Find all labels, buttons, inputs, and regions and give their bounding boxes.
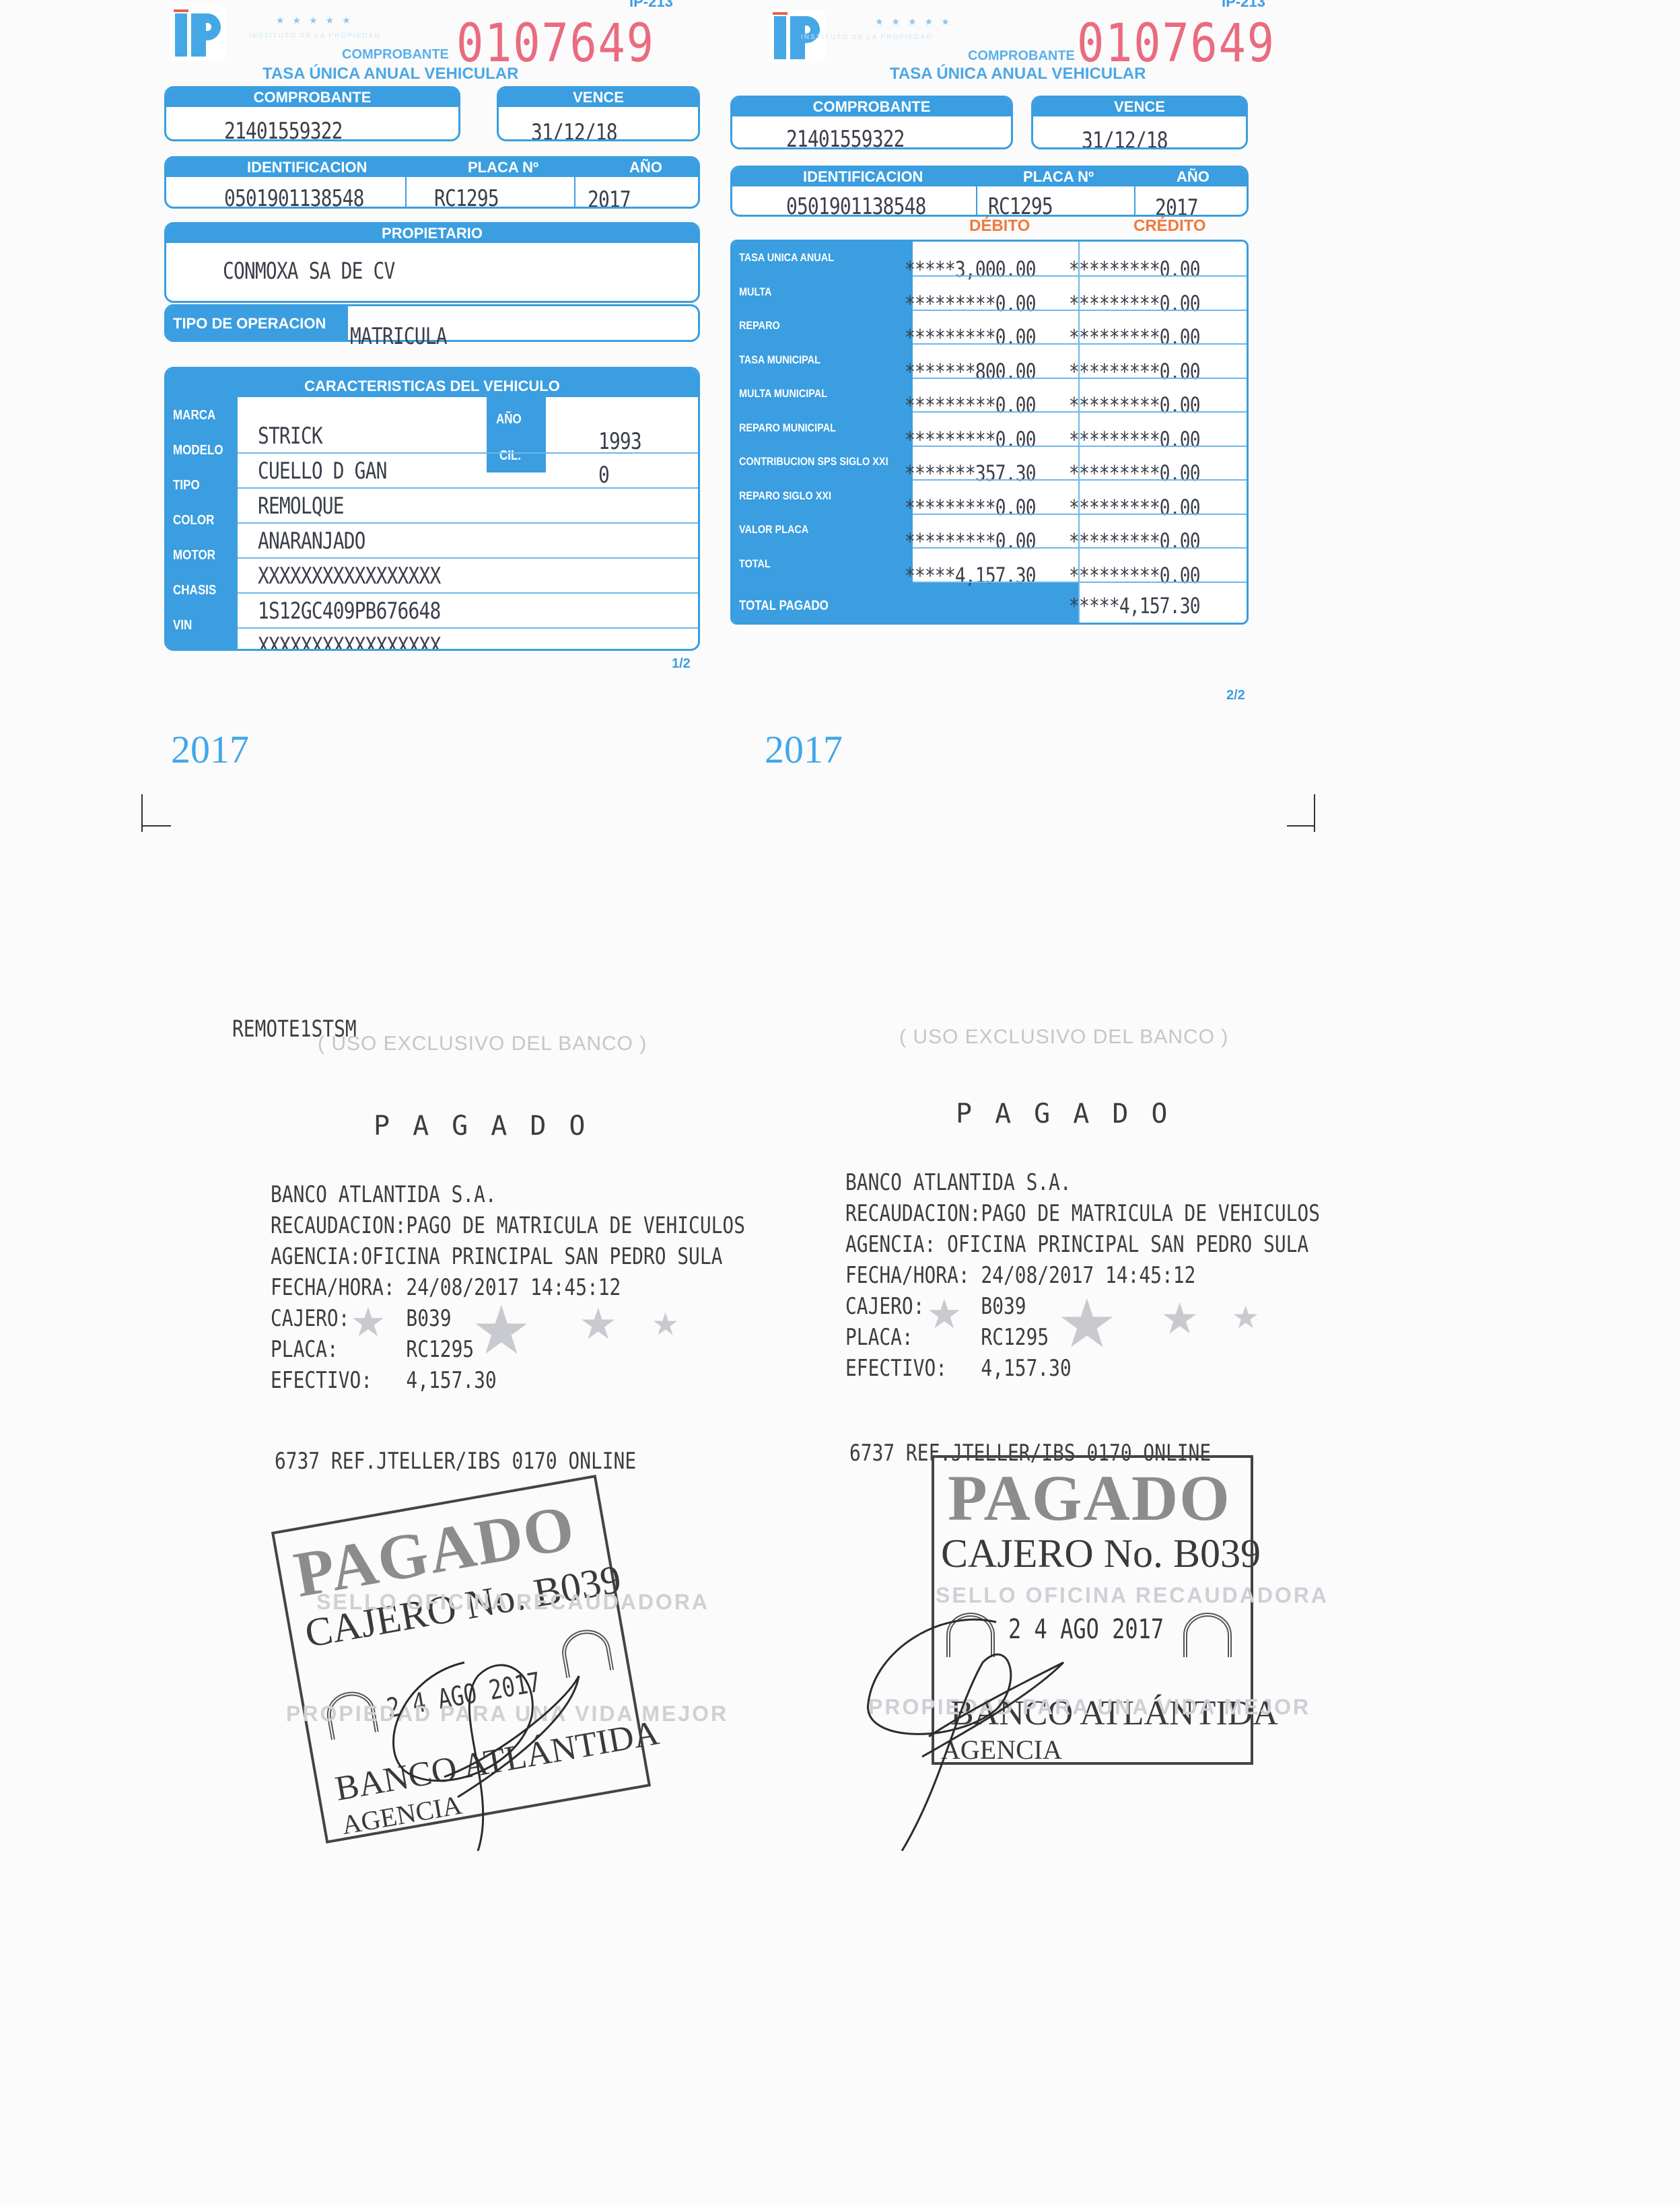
identificacion-value: 0501901138548 bbox=[224, 185, 364, 209]
caracteristicas-label: CARACTERISTICAS DEL VEHICULO bbox=[166, 369, 698, 397]
tipo-operacion-label: TIPO DE OPERACION bbox=[166, 306, 348, 340]
cil-value: 0 bbox=[598, 462, 609, 489]
vehicle-field-label: TIPO bbox=[173, 478, 200, 493]
institution-name: INSTITUTO DE LA PROPIEDAD bbox=[801, 34, 932, 41]
vehicle-field-value: XXXXXXXXXXXXXXXXX bbox=[258, 563, 440, 590]
vehicle-field-label: VIN bbox=[173, 618, 192, 633]
fee-row-label: MULTA bbox=[739, 285, 771, 299]
fee-row-debito: *********0.00 bbox=[905, 291, 1036, 316]
tipo-operacion-value: MATRICULA bbox=[350, 323, 447, 350]
fee-row-credito: *********0.00 bbox=[1069, 392, 1200, 418]
reference-line: 6737 REF.JTELLER/IBS 0170 ONLINE bbox=[275, 1446, 636, 1477]
fee-row-debito: *********0.00 bbox=[905, 427, 1036, 452]
vence-label: VENCE bbox=[499, 88, 698, 107]
bank-logo-icon bbox=[1183, 1613, 1232, 1657]
star-icon: ★ bbox=[1232, 1299, 1259, 1335]
propietario-value: CONMOXA SA DE CV bbox=[223, 258, 394, 285]
comprobante-label: COMPROBANTE bbox=[166, 88, 458, 107]
star-icon: ★ bbox=[1057, 1284, 1117, 1363]
fee-row-label: REPARO SIGLO XXI bbox=[739, 489, 831, 503]
crop-mark bbox=[141, 825, 171, 827]
fee-row-credito: *********0.00 bbox=[1069, 291, 1200, 316]
voucher-title: TASA ÚNICA ANUAL VEHICULAR bbox=[262, 65, 518, 83]
comprobante-value: 21401559322 bbox=[786, 126, 905, 149]
fee-row-label: TASA MUNICIPAL bbox=[739, 353, 820, 367]
anio-label: AÑO bbox=[629, 158, 662, 177]
placa-label: PLACA Nº bbox=[468, 158, 538, 177]
identificacion-header: IDENTIFICACION PLACA Nº AÑO bbox=[166, 158, 698, 177]
vehicle-field-value: CUELLO D GAN bbox=[258, 458, 387, 485]
uso-exclusivo-label: ( USO EXCLUSIVO DEL BANCO ) bbox=[899, 1026, 1228, 1049]
fee-row-debito: *****4,157.30 bbox=[905, 563, 1036, 588]
uso-exclusivo-label: ( USO EXCLUSIVO DEL BANCO ) bbox=[318, 1032, 647, 1055]
form-code: IP-213 bbox=[629, 0, 673, 11]
stamp-pagado: PAGADO bbox=[948, 1461, 1231, 1535]
page-indicator: 2/2 bbox=[1226, 688, 1245, 703]
identificacion-label: IDENTIFICACION bbox=[247, 158, 367, 177]
star-icon: ★ bbox=[350, 1299, 386, 1346]
identificacion-box: IDENTIFICACION PLACA Nº AÑO 050190113854… bbox=[164, 156, 700, 209]
identificacion-box: IDENTIFICACION PLACA Nº AÑO 050190113854… bbox=[730, 166, 1249, 217]
pagado-heading: PAGADO bbox=[956, 1098, 1191, 1129]
star-icon: ★ bbox=[471, 1291, 532, 1370]
voucher-title: TASA ÚNICA ANUAL VEHICULAR bbox=[890, 65, 1146, 83]
fee-row-label: CONTRIBUCION SPS SIGLO XXI bbox=[739, 455, 888, 468]
vence-box: VENCE 31/12/18 bbox=[497, 86, 700, 141]
total-pagado-value: *****4,157.30 bbox=[1069, 593, 1200, 619]
vehicle-field-value: XXXXXXXXXXXXXXXXX bbox=[258, 633, 440, 651]
comprobante-box: COMPROBANTE 21401559322 bbox=[164, 86, 460, 141]
fee-row-label: TOTAL bbox=[739, 557, 771, 571]
fee-row-debito: *********0.00 bbox=[905, 528, 1036, 554]
signature-icon bbox=[862, 1609, 1117, 1851]
vehicle-field-label: MOTOR bbox=[173, 548, 215, 563]
ip-logo-icon bbox=[170, 7, 226, 61]
identificacion-value: 0501901138548 bbox=[786, 193, 926, 217]
stars-icon: ★★★★★ bbox=[875, 16, 958, 28]
propietario-label: PROPIETARIO bbox=[166, 224, 698, 243]
fee-row-debito: *****3,000.00 bbox=[905, 256, 1036, 282]
cil-label: CIL. bbox=[499, 448, 521, 464]
vehicle-field-label: COLOR bbox=[173, 513, 214, 528]
identificacion-header: IDENTIFICACION PLACA Nº AÑO bbox=[732, 168, 1247, 186]
fee-row-credito: *********0.00 bbox=[1069, 528, 1200, 554]
propietario-box: PROPIETARIO CONMOXA SA DE CV bbox=[164, 222, 700, 303]
pagado-heading: PAGADO bbox=[374, 1111, 608, 1142]
identificacion-label: IDENTIFICACION bbox=[803, 168, 923, 186]
vehicle-field-value: STRICK bbox=[258, 423, 322, 450]
anio-value: 2017 bbox=[1155, 195, 1198, 217]
vehicle-field-value: 1S12GC409PB676648 bbox=[258, 598, 440, 625]
fee-row-credito: *********0.00 bbox=[1069, 495, 1200, 520]
fee-row-credito: *********0.00 bbox=[1069, 256, 1200, 282]
sello-ghost: SELLO OFICINA RECAUDADORA bbox=[936, 1583, 1329, 1608]
comprobante-value: 21401559322 bbox=[224, 118, 343, 141]
year-watermark: 2017 bbox=[171, 727, 249, 772]
vence-value: 31/12/18 bbox=[531, 119, 617, 141]
placa-value: RC1295 bbox=[988, 193, 1053, 217]
crop-mark bbox=[1287, 825, 1315, 827]
signature-icon bbox=[363, 1636, 646, 1851]
fee-row-label: REPARO bbox=[739, 319, 780, 332]
comprobante-label: COMPROBANTE bbox=[732, 98, 1011, 116]
caracteristicas-box: CARACTERISTICAS DEL VEHICULO AÑO CIL. 19… bbox=[164, 367, 700, 651]
serial-label: COMPROBANTE bbox=[968, 48, 1075, 64]
vence-value: 31/12/18 bbox=[1082, 127, 1168, 149]
anio-vehiculo-label: AÑO bbox=[496, 412, 522, 427]
fee-row-credito: *********0.00 bbox=[1069, 359, 1200, 384]
fee-row-debito: *********0.00 bbox=[905, 324, 1036, 350]
fee-row-label: REPARO MUNICIPAL bbox=[739, 421, 836, 435]
fee-row-label: MULTA MUNICIPAL bbox=[739, 387, 827, 400]
vehicle-field-value: ANARANJADO bbox=[258, 528, 365, 555]
fee-row-debito: *******357.30 bbox=[905, 460, 1036, 486]
stamp-cajero: CAJERO No. B039 bbox=[941, 1531, 1261, 1577]
vence-box: VENCE 31/12/18 bbox=[1031, 96, 1248, 149]
anio-label: AÑO bbox=[1177, 168, 1210, 186]
fee-row-credito: *********0.00 bbox=[1069, 324, 1200, 350]
vehicle-field-label: CHASIS bbox=[173, 583, 216, 598]
fee-row-credito: *********0.00 bbox=[1069, 460, 1200, 486]
fee-row-credito: *********0.00 bbox=[1069, 563, 1200, 588]
credito-label: CRÉDITO bbox=[1133, 217, 1206, 236]
vence-label: VENCE bbox=[1033, 98, 1246, 116]
stars-icon: ★★★★★ bbox=[276, 15, 359, 26]
serial-label: COMPROBANTE bbox=[342, 47, 449, 63]
vehicle-field-value: REMOLQUE bbox=[258, 493, 344, 520]
institution-name: INSTITUTO DE LA PROPIEDAD bbox=[249, 32, 380, 40]
star-icon: ★ bbox=[926, 1291, 963, 1338]
star-icon: ★ bbox=[652, 1306, 679, 1342]
anio-value: 2017 bbox=[588, 186, 631, 209]
year-watermark: 2017 bbox=[765, 727, 843, 772]
anio-vehiculo-value: 1993 bbox=[598, 428, 641, 455]
fee-row-label: TASA UNICA ANUAL bbox=[739, 251, 834, 265]
placa-value: RC1295 bbox=[434, 185, 499, 209]
sello-ghost: SELLO OFICINA RECAUDADORA bbox=[316, 1590, 709, 1615]
fee-row-debito: *********0.00 bbox=[905, 392, 1036, 418]
fees-table: TASA UNICA ANUAL*****3,000.00*********0.… bbox=[730, 240, 1249, 625]
star-icon: ★ bbox=[1160, 1294, 1199, 1344]
placa-label: PLACA Nº bbox=[1023, 168, 1094, 186]
fee-row-label: VALOR PLACA bbox=[739, 523, 808, 536]
comprobante-box: COMPROBANTE 21401559322 bbox=[730, 96, 1013, 149]
star-icon: ★ bbox=[579, 1299, 617, 1350]
total-pagado-label: TOTAL PAGADO bbox=[739, 598, 829, 614]
vehicle-field-label: MARCA bbox=[173, 408, 215, 423]
vehicle-field-label: MODELO bbox=[173, 443, 223, 458]
fee-row-debito: *******800.00 bbox=[905, 359, 1036, 384]
form-code: IP-213 bbox=[1222, 0, 1265, 11]
page-indicator: 1/2 bbox=[672, 656, 691, 672]
debito-label: DÉBITO bbox=[969, 217, 1030, 236]
fee-row-credito: *********0.00 bbox=[1069, 427, 1200, 452]
fee-row-debito: *********0.00 bbox=[905, 495, 1036, 520]
